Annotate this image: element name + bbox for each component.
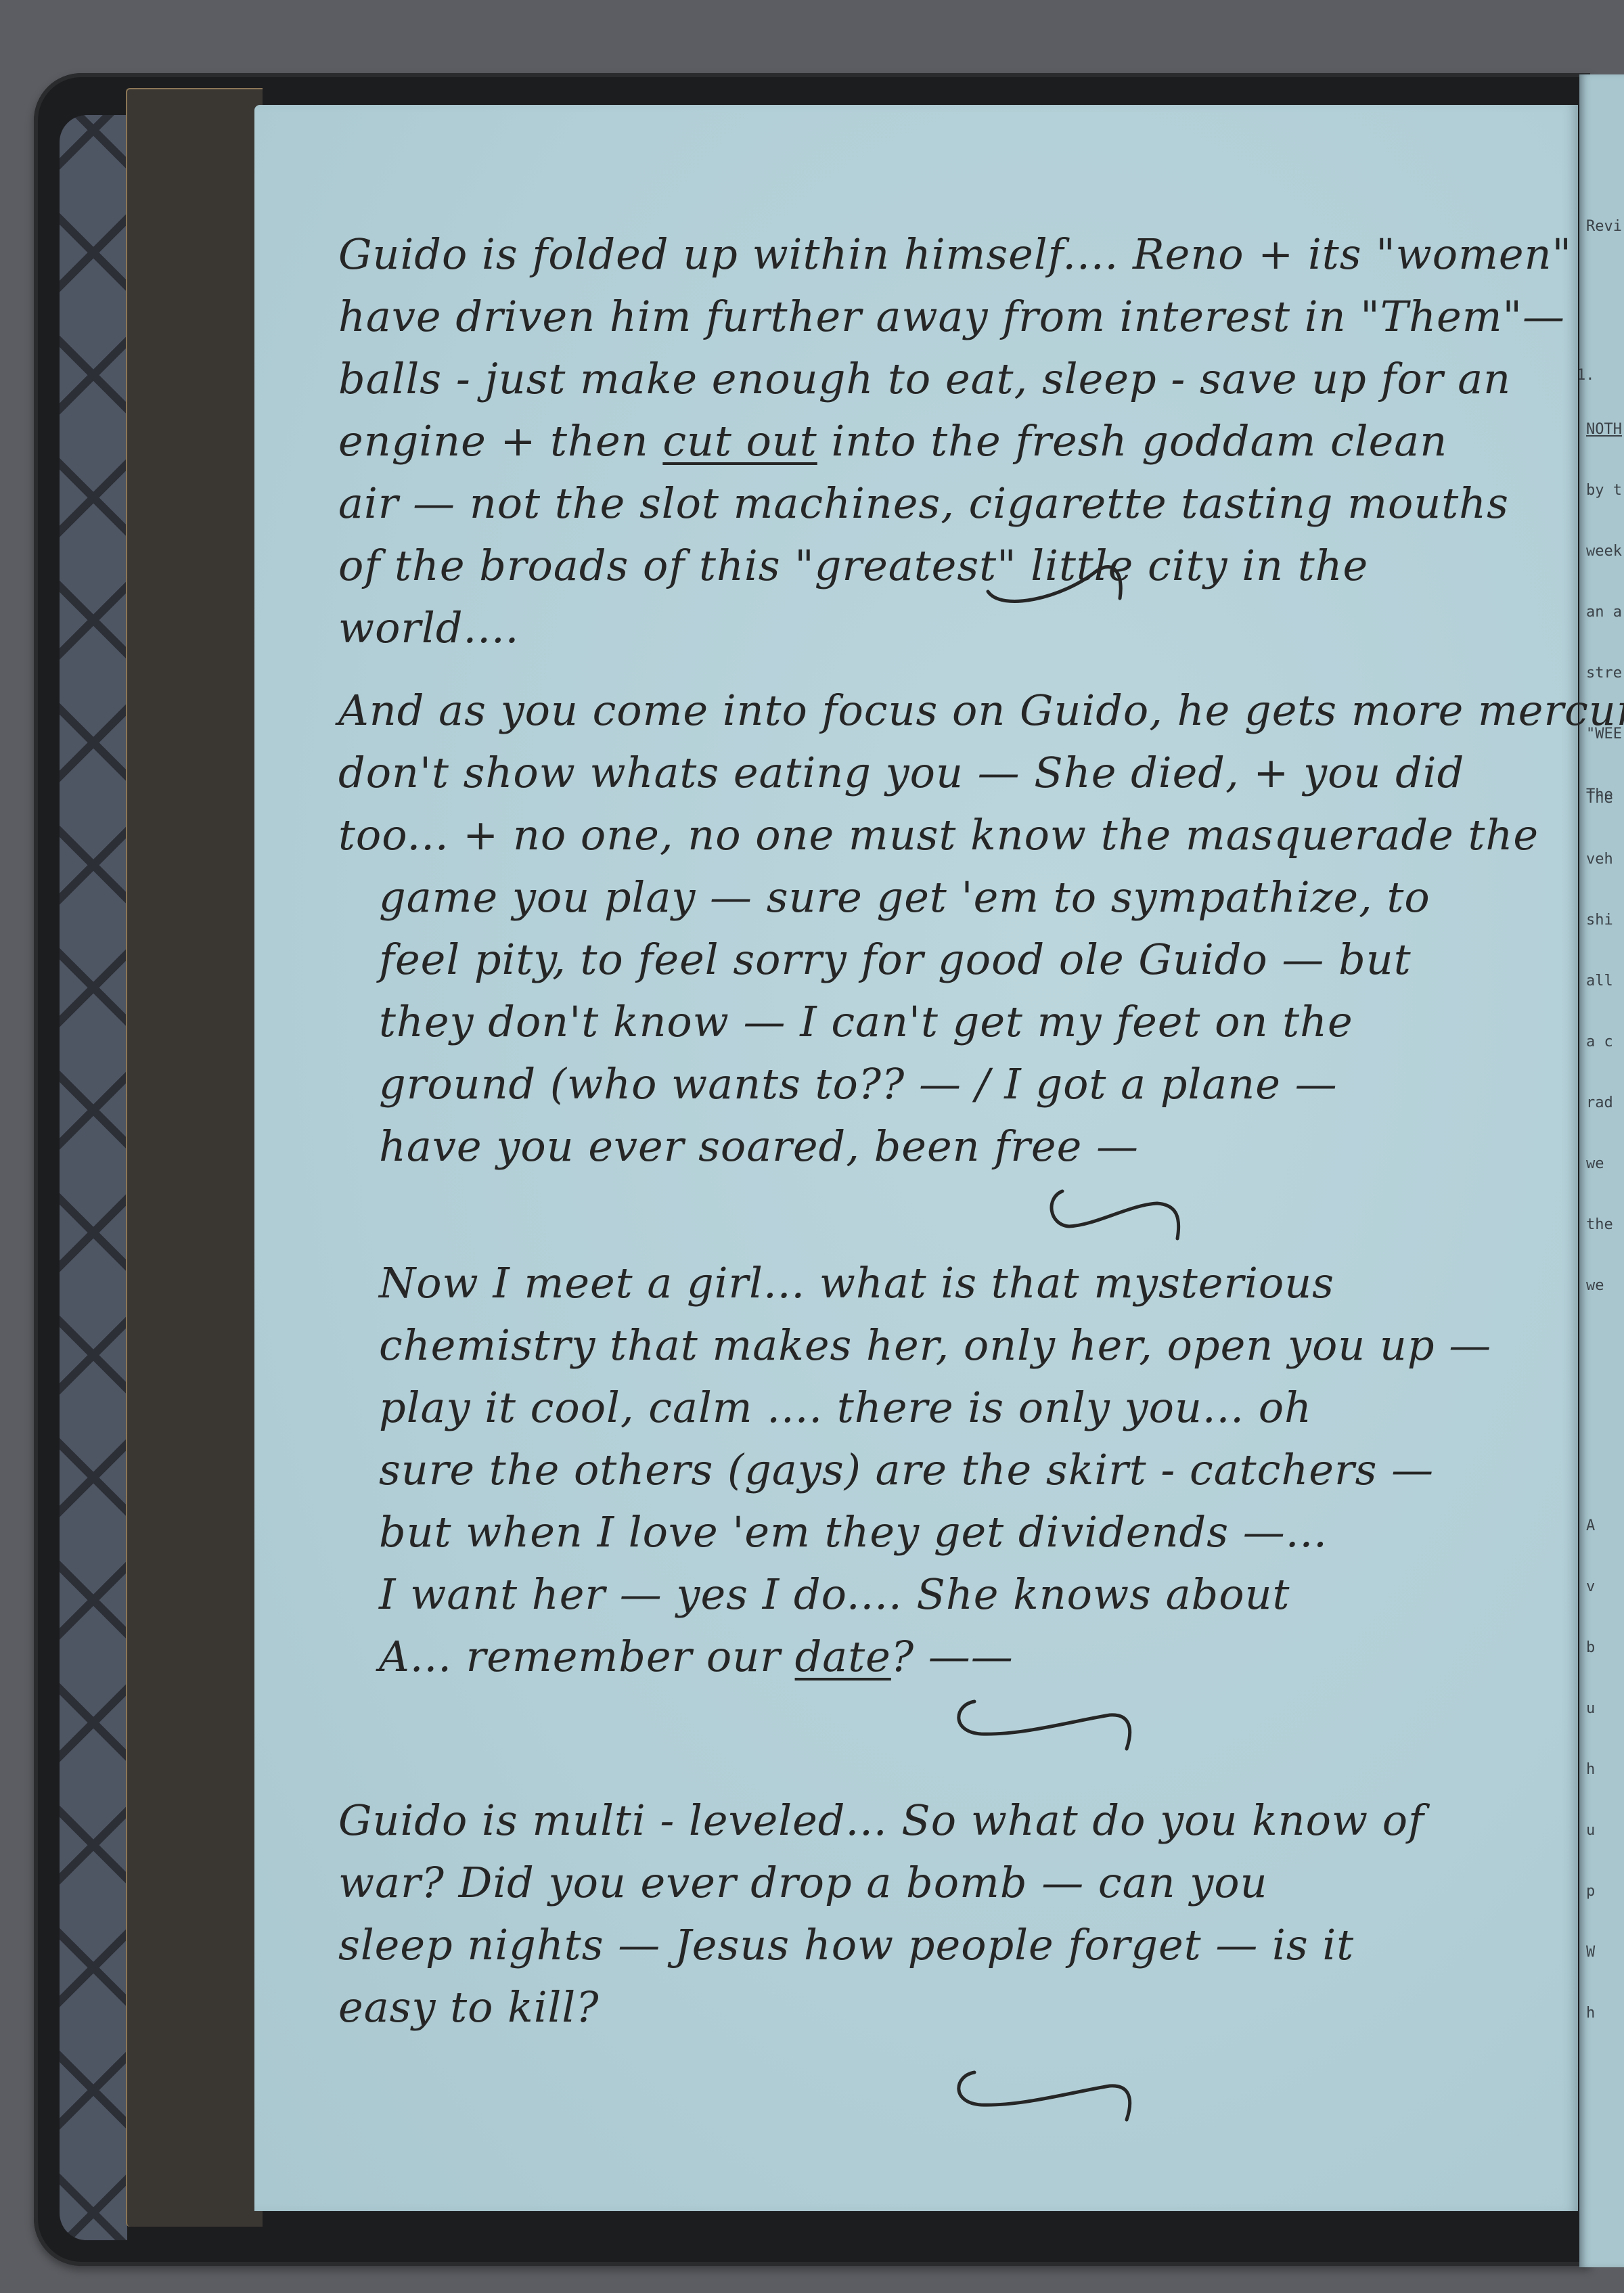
typed-line: A xyxy=(1586,1516,1622,1536)
typed-line: we xyxy=(1586,1154,1622,1174)
next-page-edge: Revi 1. NOTH by t week an a stre "WEE Th… xyxy=(1579,74,1624,2267)
typed-line: an a xyxy=(1586,602,1622,623)
text-fragment: ? —— xyxy=(891,1632,1014,1681)
text-line: play it cool, calm .... there is only yo… xyxy=(338,1377,1577,1439)
text-line: air — not the slot machines, cigarette t… xyxy=(338,472,1577,535)
typed-line: u xyxy=(1586,1821,1622,1841)
typed-line: NOTH xyxy=(1586,420,1622,440)
typed-line: rad xyxy=(1586,1093,1622,1113)
text-line: Guido is multi - leveled... So what do y… xyxy=(338,1789,1577,1852)
text-line: ground (who wants to?? — / I got a plane… xyxy=(338,1053,1577,1115)
text-line: too... + no one, no one must know the ma… xyxy=(338,804,1577,866)
text-line: have you ever soared, been free — xyxy=(338,1115,1577,1178)
text-line: sleep nights — Jesus how people forget —… xyxy=(338,1914,1577,1976)
flourish-divider xyxy=(338,1178,1577,1252)
typed-line: W xyxy=(1586,1942,1622,1963)
flourish-icon xyxy=(947,2066,1177,2140)
text-line: And as you come into focus on Guido, he … xyxy=(338,680,1577,742)
typed-header-fragment: Revi xyxy=(1586,217,1622,237)
flourish-divider xyxy=(338,1688,1577,1789)
typed-block-3: A v b u h u p W h xyxy=(1586,1475,1622,2064)
text-fragment: into the fresh goddam clean xyxy=(832,416,1448,466)
paragraph-2: And as you come into focus on Guido, he … xyxy=(338,680,1577,1178)
text-line: have driven him further away from intere… xyxy=(338,286,1577,348)
typed-line: p xyxy=(1586,1882,1622,1902)
underlined-phrase: cut out xyxy=(662,416,817,466)
typed-line: v xyxy=(1586,1577,1622,1597)
text-line: chemistry that makes her, only her, open… xyxy=(338,1314,1577,1377)
text-line: of the broads of this "greatest" little … xyxy=(338,535,1577,597)
paragraph-4: Guido is multi - leveled... So what do y… xyxy=(338,1789,1577,2039)
typed-line: The xyxy=(1586,788,1622,809)
typed-line: all xyxy=(1586,971,1622,992)
text-line: A... remember our date? —— xyxy=(338,1626,1577,1688)
text-fragment: engine + then xyxy=(338,416,649,466)
flourish-icon xyxy=(981,558,1184,612)
text-line: Now I meet a girl... what is that myster… xyxy=(338,1252,1577,1314)
typed-line: stre xyxy=(1586,663,1622,684)
text-line: but when I love 'em they get dividends —… xyxy=(338,1501,1577,1563)
paragraph-1: Guido is folded up within himself.... Re… xyxy=(338,223,1577,659)
text-line: I want her — yes I do.... She knows abou… xyxy=(338,1563,1577,1626)
text-line: world.... xyxy=(338,597,1577,659)
flourish-divider xyxy=(338,2039,1577,2113)
text-line: feel pity, to feel sorry for good ole Gu… xyxy=(338,929,1577,991)
paragraph-3: Now I meet a girl... what is that myster… xyxy=(338,1252,1577,1688)
text-line: sure the others (gays) are the skirt - c… xyxy=(338,1439,1577,1501)
text-line: balls - just make enough to eat, sleep -… xyxy=(338,348,1577,410)
flourish-icon xyxy=(1042,1184,1245,1259)
typed-line: a c xyxy=(1586,1032,1622,1052)
typed-line: week xyxy=(1586,541,1622,562)
typed-line: veh xyxy=(1586,849,1622,870)
text-line: don't show whats eating you — She died, … xyxy=(338,742,1577,804)
typed-block-2: The veh shi all a c rad we the we xyxy=(1586,748,1622,1337)
text-line: engine + then cut out into the fresh god… xyxy=(338,410,1577,472)
text-line: they don't know — I can't get my feet on… xyxy=(338,991,1577,1053)
text-line: game you play — sure get 'em to sympathi… xyxy=(338,866,1577,929)
text-line: easy to kill? xyxy=(338,1976,1577,2039)
typed-line: h xyxy=(1586,1760,1622,1780)
binder-board-strip xyxy=(126,88,263,2227)
endpaper-lattice-pattern xyxy=(60,115,127,2240)
typed-line: shi xyxy=(1586,910,1622,931)
typed-line: h xyxy=(1586,2003,1622,2024)
flourish-icon xyxy=(947,1695,1177,1769)
typed-line: the xyxy=(1586,1215,1622,1235)
text-line: war? Did you ever drop a bomb — can you xyxy=(338,1852,1577,1914)
typed-line: b xyxy=(1586,1638,1622,1658)
typed-line: we xyxy=(1586,1276,1622,1296)
text-line: Guido is folded up within himself.... Re… xyxy=(338,223,1577,286)
underlined-phrase: date xyxy=(795,1632,891,1681)
typed-line: u xyxy=(1586,1699,1622,1719)
text-fragment: A... remember our xyxy=(379,1632,781,1681)
typed-line: by t xyxy=(1586,481,1622,501)
flourish-divider xyxy=(338,659,1577,680)
handwritten-text: Guido is folded up within himself.... Re… xyxy=(338,223,1577,2113)
